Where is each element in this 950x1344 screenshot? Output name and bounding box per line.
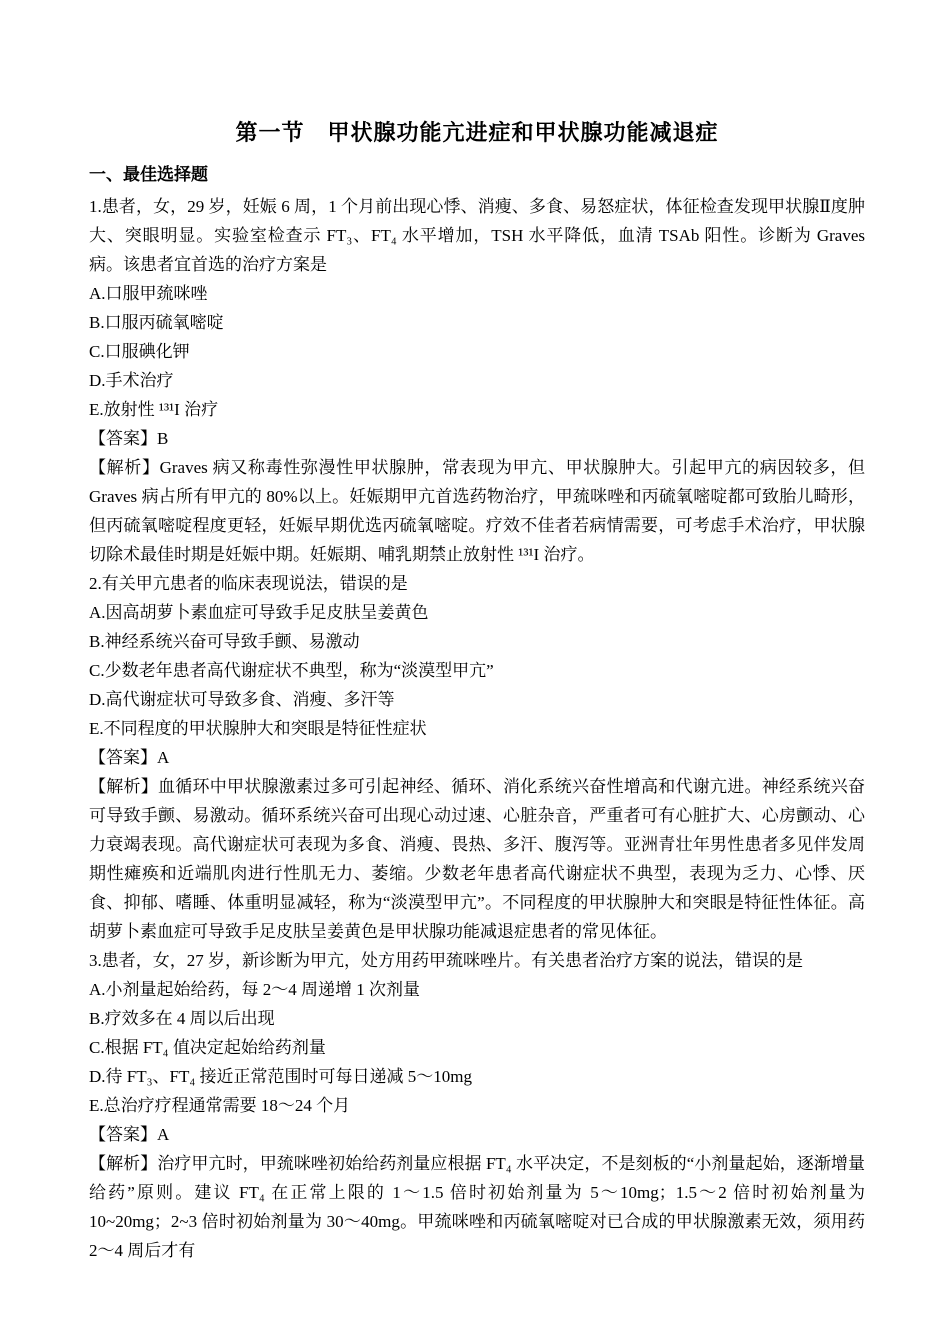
question-2: 2.有关甲亢患者的临床表现说法，错误的是 A.因高胡萝卜素血症可导致手足皮肤呈姜… xyxy=(89,569,865,946)
question-3-option-b: B.疗效多在 4 周以后出现 xyxy=(89,1004,865,1033)
question-3-stem: 3.患者，女，27 岁，新诊断为甲亢，处方用药甲巯咪唑片。有关患者治疗方案的说法… xyxy=(89,946,865,975)
question-2-answer: 【答案】A xyxy=(89,743,865,772)
question-3-analysis: 【解析】治疗甲亢时，甲巯咪唑初始给药剂量应根据 FT₄ 水平决定，不是刻板的“小… xyxy=(89,1149,865,1265)
question-3-option-c: C.根据 FT₄ 值决定起始给药剂量 xyxy=(89,1033,865,1062)
document-page: 第一节 甲状腺功能亢进症和甲状腺功能减退症 一、最佳选择题 1.患者，女，29 … xyxy=(0,0,950,1344)
question-2-option-e: E.不同程度的甲状腺肿大和突眼是特征性症状 xyxy=(89,714,865,743)
section-heading: 一、最佳选择题 xyxy=(89,160,865,189)
question-1-analysis: 【解析】Graves 病又称毒性弥漫性甲状腺肿，常表现为甲亢、甲状腺肿大。引起甲… xyxy=(89,453,865,569)
question-3-option-e: E.总治疗疗程通常需要 18～24 个月 xyxy=(89,1091,865,1120)
question-3-option-d: D.待 FT₃、FT₄ 接近正常范围时可每日递减 5～10mg xyxy=(89,1062,865,1091)
question-1-answer: 【答案】B xyxy=(89,424,865,453)
question-1-option-a: A.口服甲巯咪唑 xyxy=(89,279,865,308)
question-3-answer: 【答案】A xyxy=(89,1120,865,1149)
question-2-option-d: D.高代谢症状可导致多食、消瘦、多汗等 xyxy=(89,685,865,714)
question-1-option-c: C.口服碘化钾 xyxy=(89,337,865,366)
question-3: 3.患者，女，27 岁，新诊断为甲亢，处方用药甲巯咪唑片。有关患者治疗方案的说法… xyxy=(89,946,865,1265)
question-2-analysis: 【解析】血循环中甲状腺激素过多可引起神经、循环、消化系统兴奋性增高和代谢亢进。神… xyxy=(89,772,865,946)
question-3-option-a: A.小剂量起始给药，每 2～4 周递增 1 次剂量 xyxy=(89,975,865,1004)
question-1-option-b: B.口服丙硫氧嘧啶 xyxy=(89,308,865,337)
question-2-stem: 2.有关甲亢患者的临床表现说法，错误的是 xyxy=(89,569,865,598)
question-1-stem: 1.患者，女，29 岁，妊娠 6 周，1 个月前出现心悸、消瘦、多食、易怒症状，… xyxy=(89,192,865,279)
question-2-option-c: C.少数老年患者高代谢症状不典型，称为“淡漠型甲亢” xyxy=(89,656,865,685)
question-1-option-d: D.手术治疗 xyxy=(89,366,865,395)
question-2-option-a: A.因高胡萝卜素血症可导致手足皮肤呈姜黄色 xyxy=(89,598,865,627)
question-1: 1.患者，女，29 岁，妊娠 6 周，1 个月前出现心悸、消瘦、多食、易怒症状，… xyxy=(89,192,865,569)
question-2-option-b: B.神经系统兴奋可导致手颤、易激动 xyxy=(89,627,865,656)
question-1-option-e: E.放射性 ¹³¹I 治疗 xyxy=(89,395,865,424)
page-title: 第一节 甲状腺功能亢进症和甲状腺功能减退症 xyxy=(89,118,865,148)
